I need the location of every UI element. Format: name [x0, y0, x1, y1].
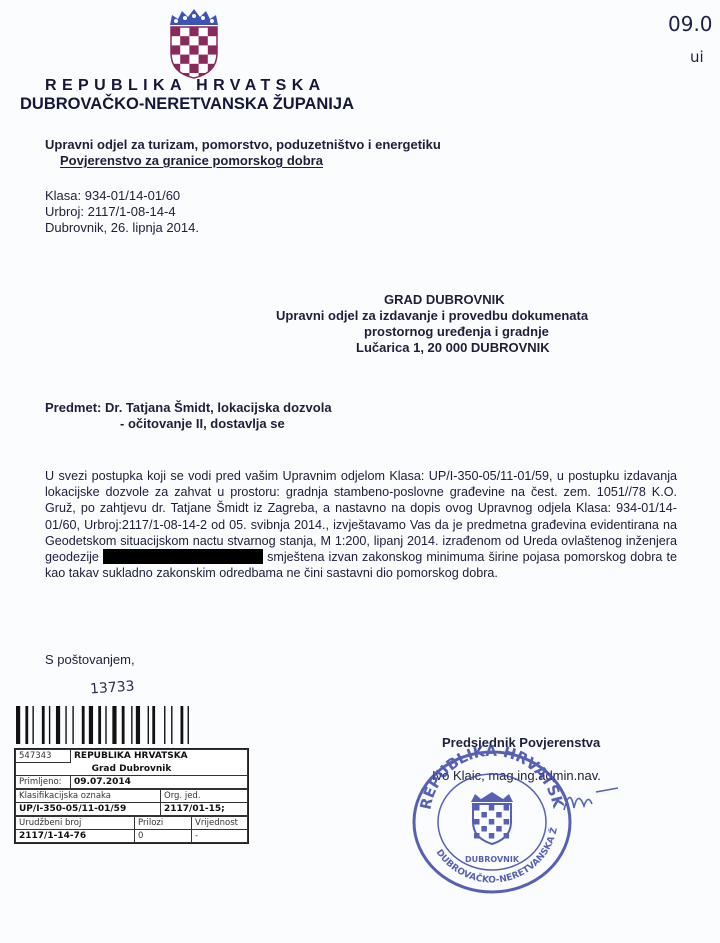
registry-value: 2117/1-14-76	[16, 830, 135, 843]
subject-line-2: - očitovanje II, dostavlja se	[120, 416, 285, 432]
handwritten-registry-number: 13733	[89, 678, 135, 697]
handwritten-note: ui	[690, 48, 704, 66]
recipient-line-3: prostornog uređenja i gradnje	[364, 324, 549, 340]
received-label: Primljeno:	[16, 776, 71, 789]
commission-name: Povjerenstvo za granice pomorskog dobra	[60, 153, 323, 169]
redacted-block	[103, 549, 263, 564]
closing-greeting: S poštovanjem,	[45, 652, 135, 668]
org-unit-label: Org. jed.	[161, 790, 248, 803]
value-value: -	[192, 830, 248, 843]
croatian-coat-of-arms-icon	[166, 5, 222, 79]
org-unit-value: 2117/01-15;	[161, 803, 248, 816]
county-heading: DUBROVAČKO-NERETVANSKA ŽUPANIJA	[20, 95, 354, 114]
stamp-city: Grad Dubrovnik	[16, 763, 248, 776]
attachments-label: Prilozi	[135, 817, 192, 830]
seal-inner-text: DUBROVNIK	[465, 855, 520, 864]
subject-line-1: Predmet: Dr. Tatjana Šmidt, lokacijska d…	[45, 400, 332, 416]
place-date: Dubrovnik, 26. lipnja 2014.	[45, 220, 199, 236]
handwritten-signature-icon	[560, 780, 630, 820]
recipient-line-4: Lučarica 1, 20 000 DUBROVNIK	[356, 340, 550, 356]
received-date: 09.07.2014	[71, 776, 248, 789]
classification-value: UP/I-350-05/11-01/59	[16, 803, 161, 816]
receipt-stamp: 547343 REPUBLIKA HRVATSKA Grad Dubrovnik…	[14, 748, 249, 844]
klasa-reference: Klasa: 934-01/14-01/60	[45, 188, 180, 204]
country-heading: REPUBLIKA HRVATSKA	[45, 77, 326, 95]
letter-body: U svezi postupka koji se vodi pred vašim…	[45, 468, 677, 581]
attachments-value: 0	[135, 830, 192, 843]
barcode-icon	[14, 706, 224, 746]
handwritten-date: 09.0	[668, 12, 713, 36]
recipient-line-1: GRAD DUBROVNIK	[384, 292, 505, 308]
stamp-issuer: REPUBLIKA HRVATSKA	[71, 750, 248, 763]
registry-label: Urudžbeni broj	[16, 817, 135, 830]
value-label: Vrijednost	[192, 817, 248, 830]
department-name: Upravni odjel za turizam, pomorstvo, pod…	[45, 137, 441, 153]
recipient-line-2: Upravni odjel za izdavanje i provedbu do…	[276, 308, 588, 324]
urbroj-reference: Urbroj: 2117/1-08-14-4	[45, 204, 176, 220]
official-round-seal-icon: REPUBLIKA HRVATSKA DUBROVAČKO-NERETVANSK…	[405, 742, 580, 894]
stamp-id: 547343	[16, 750, 71, 763]
classification-label: Klasifikacijska oznaka	[16, 790, 161, 803]
